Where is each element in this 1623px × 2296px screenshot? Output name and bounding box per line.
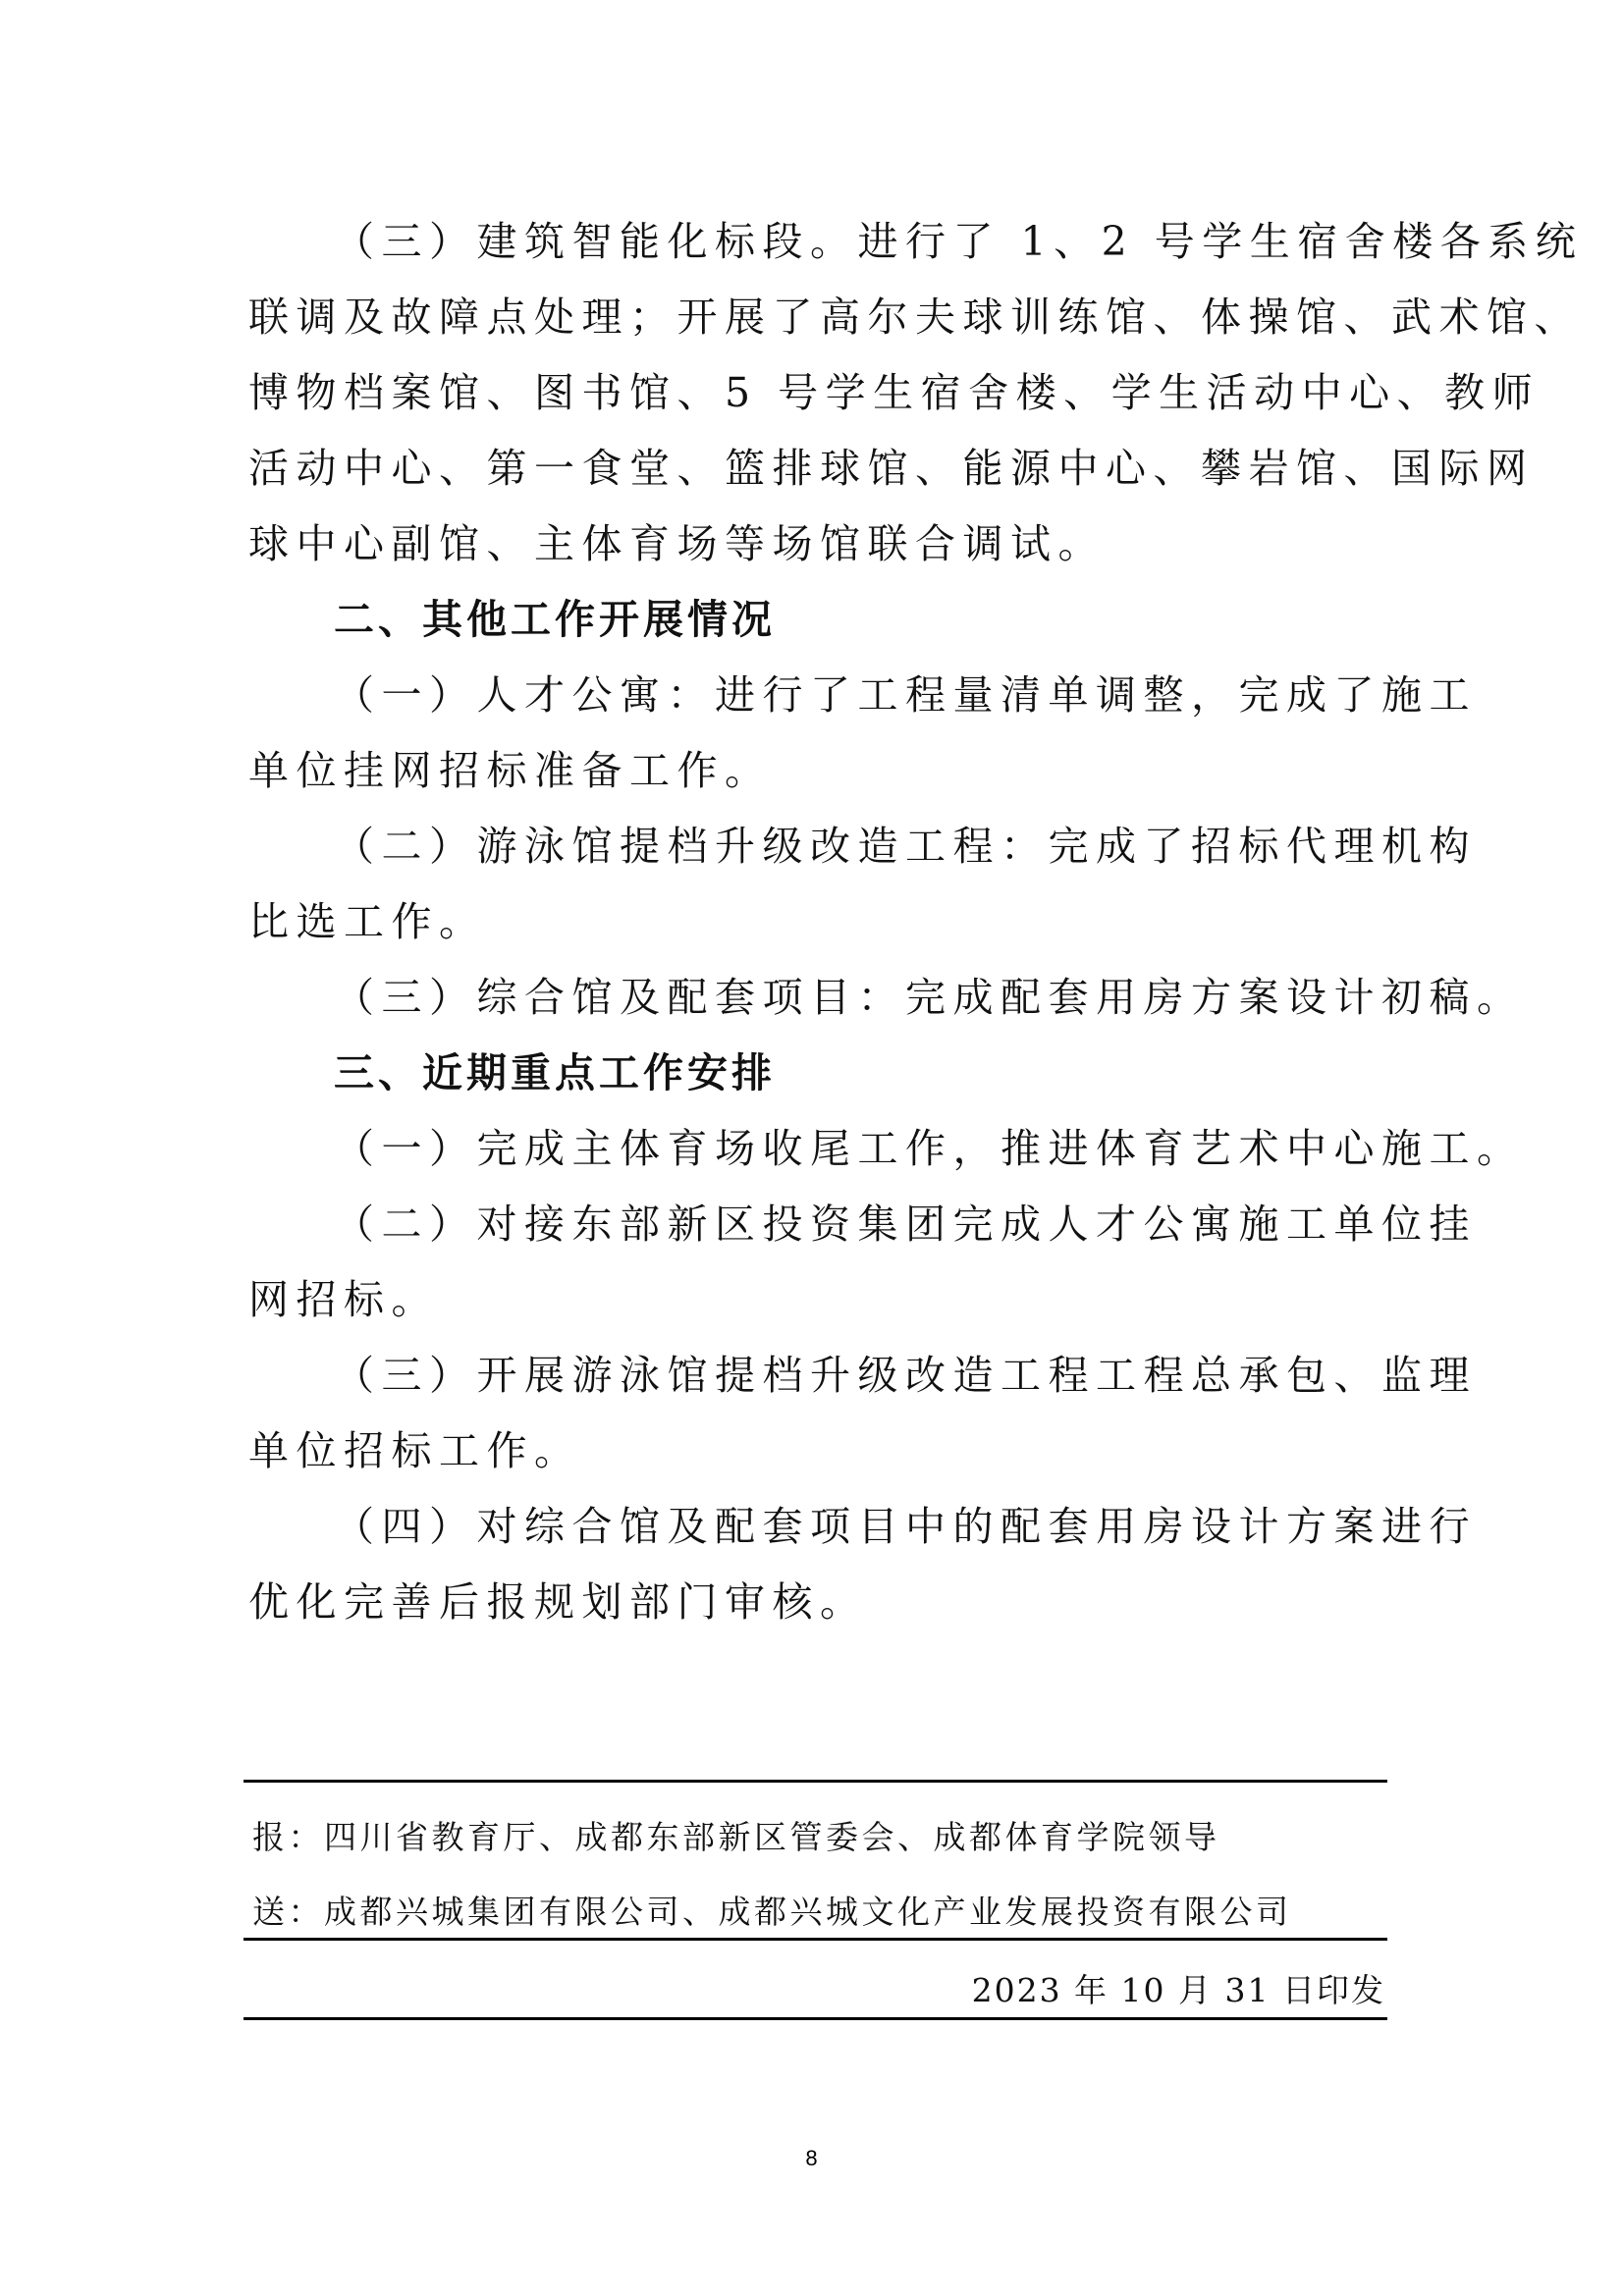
paragraph-line: 比选工作。 — [248, 894, 1422, 949]
page-number: 8 — [0, 2146, 1623, 2171]
issue-date: 2023 年 10 月 31 日印发 — [972, 1969, 1385, 2012]
paragraph-line: （三）综合馆及配套项目：完成配套用房方案设计初稿。 — [334, 970, 1422, 1025]
paragraph-line: （二）对接东部新区投资集团完成人才公寓施工单位挂 — [334, 1197, 1422, 1252]
paragraph-line: 网招标。 — [248, 1272, 1422, 1327]
paragraph-line: 优化完善后报规划部门审核。 — [248, 1575, 1422, 1629]
paragraph-line: 单位招标工作。 — [248, 1423, 1422, 1478]
paragraph-line: （三）开展游泳馆提档升级改造工程工程总承包、监理 — [334, 1348, 1422, 1403]
copy-to-line: 送：成都兴城集团有限公司、成都兴城文化产业发展投资有限公司 — [252, 1891, 1292, 1934]
paragraph-line: （四）对综合馆及配套项目中的配套用房设计方案进行 — [334, 1499, 1422, 1554]
document-page: （三）建筑智能化标段。进行了 1、2 号学生宿舍楼各系统 联调及故障点处理；开展… — [0, 0, 1623, 2296]
section-heading: 二、其他工作开展情况 — [334, 592, 1422, 647]
paragraph-line: （二）游泳馆提档升级改造工程：完成了招标代理机构 — [334, 819, 1422, 874]
paragraph-line: 单位挂网招标准备工作。 — [248, 743, 1422, 798]
divider-bottom — [243, 2017, 1387, 2020]
paragraph-line: 联调及故障点处理；开展了高尔夫球训练馆、体操馆、武术馆、 — [248, 290, 1422, 345]
section-heading: 三、近期重点工作安排 — [334, 1045, 1422, 1100]
divider-top — [243, 1780, 1387, 1783]
paragraph-line: 球中心副馆、主体育场等场馆联合调试。 — [248, 516, 1422, 571]
paragraph-line: 博物档案馆、图书馆、5 号学生宿舍楼、学生活动中心、教师 — [248, 365, 1422, 420]
paragraph-line: （一）完成主体育场收尾工作，推进体育艺术中心施工。 — [334, 1121, 1422, 1176]
paragraph-line: 活动中心、第一食堂、篮排球馆、能源中心、攀岩馆、国际网 — [248, 441, 1422, 496]
report-to-line: 报：四川省教育厅、成都东部新区管委会、成都体育学院领导 — [252, 1816, 1220, 1859]
paragraph-line: （一）人才公寓：进行了工程量清单调整，完成了施工 — [334, 667, 1422, 722]
divider-middle — [243, 1938, 1387, 1941]
paragraph-line: （三）建筑智能化标段。进行了 1、2 号学生宿舍楼各系统 — [334, 214, 1422, 269]
